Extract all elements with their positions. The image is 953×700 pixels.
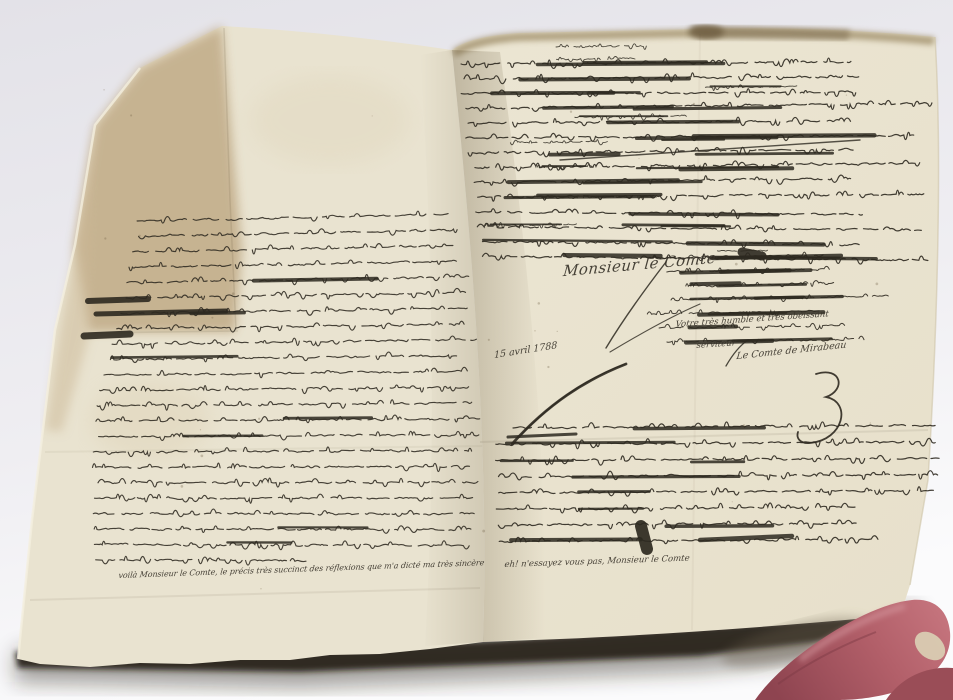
heavy-strike-3: [88, 299, 148, 301]
heavy-strike-4: [96, 311, 226, 314]
ink-blot-2: [641, 526, 647, 549]
manuscript-photo: Monsieur le Comte 15 avril 1788 Votre tr…: [0, 0, 953, 700]
ink-blot-3: [84, 334, 130, 336]
ink-blot-1: [742, 252, 762, 256]
